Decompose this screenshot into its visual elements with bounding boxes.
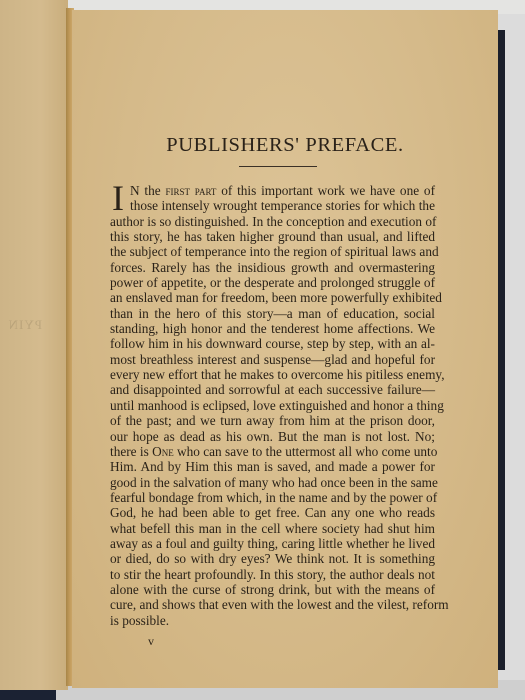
text-line: of the past; and we turn away from him a…: [110, 413, 435, 428]
text-line: this story, he has taken higher ground t…: [110, 229, 435, 244]
text-line: there is One who can save to the uttermo…: [110, 444, 435, 459]
book-cover-edge: [498, 30, 505, 670]
text-line: is possible.: [110, 613, 435, 628]
text-line: standing, high honor and the tenderest h…: [110, 321, 435, 336]
title-divider: [239, 166, 317, 167]
text-line: and disappointed and sorrowful at each s…: [110, 382, 435, 397]
text-line: away as a foul and guilty thing, caring …: [110, 536, 435, 551]
preface-body: N the first part of this important work …: [110, 183, 435, 628]
text-line: most breathless interest and suspense—gl…: [110, 352, 435, 367]
left-page: PYIN: [0, 0, 68, 690]
text-line: follow him in his downward course, step …: [110, 336, 435, 351]
text-line: to stir the heart profoundly. In this st…: [110, 567, 435, 582]
text-line: Him. And by Him this man is saved, and m…: [110, 459, 435, 474]
text-line: fearful bondage from which, in the name …: [110, 490, 435, 505]
text-line: forces. Rarely has the insidious growth …: [110, 260, 435, 275]
text-line: cure, and shows that even with the lowes…: [110, 597, 435, 612]
text-line: what befell this man in the cell where s…: [110, 521, 435, 536]
text-line: good in the salvation of many who had on…: [110, 475, 435, 490]
text-line: N the first part of this important work …: [110, 183, 435, 198]
page-title: PUBLISHERS' PREFACE.: [72, 134, 498, 157]
text-line: an enslaved man for freedom, been more p…: [110, 290, 435, 305]
text-line: every new effort that he makes to overco…: [110, 367, 435, 382]
text-line: author is so distinguished. In the conce…: [110, 214, 435, 229]
text-line: God, he had been able to get free. Can a…: [110, 505, 435, 520]
page-number: v: [148, 634, 154, 649]
bleed-through-text: PYIN: [2, 317, 42, 335]
text-line: those intensely wrought temperance stori…: [110, 198, 435, 213]
text-line: alone with the curse of strong drink, bu…: [110, 582, 435, 597]
text-line: until manhood is eclipsed, love extingui…: [110, 398, 435, 413]
text-line: or died, do so with dry eyes? We think n…: [110, 551, 435, 566]
text-line: our hope as dead as his own. But the man…: [110, 429, 435, 444]
text-line: than in the hero of this story—a man of …: [110, 306, 435, 321]
text-line: power of appetite, or the desperate and …: [110, 275, 435, 290]
text-line: the subject of temperance into the regio…: [110, 244, 435, 259]
